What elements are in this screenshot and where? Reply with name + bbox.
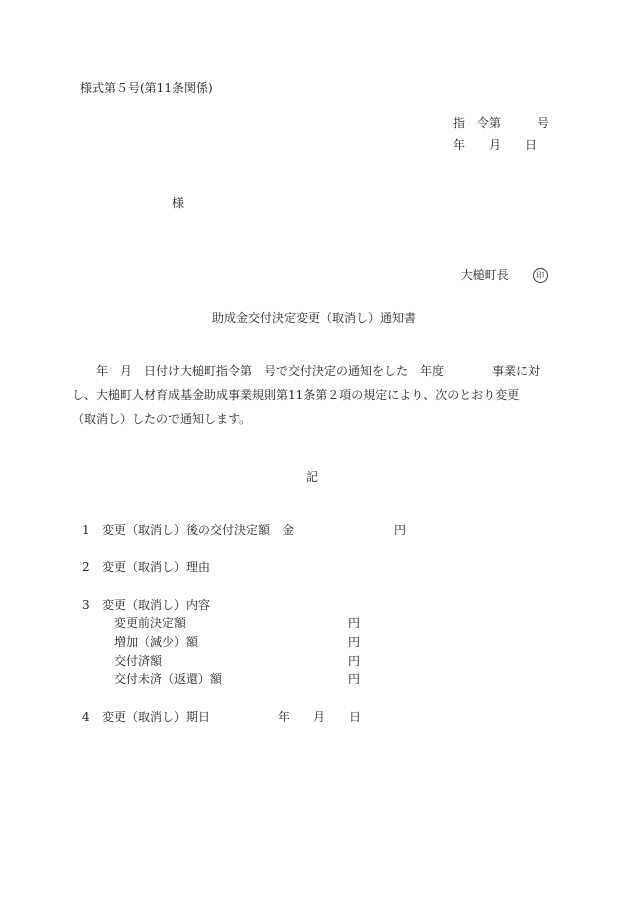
sub-item-label: 変更前決定額 [114,615,186,631]
item-3-label: 変更（取消し）内容 [102,597,210,613]
item-1-number: 1 [82,522,90,538]
sender-title: 大槌町長 [461,268,509,282]
document-title: 助成金交付決定変更（取消し）通知書 [212,310,416,326]
sub-item-unit: 円 [348,671,360,687]
item-4-month: 月 [313,709,325,725]
sender-block: 大槌町長 印 [453,251,548,283]
sub-item-label: 交付未済（返還）額 [114,671,222,687]
item-1-label: 変更（取消し）後の交付決定額 金 [102,522,294,538]
body-paragraph: 年 月 日付け大槌町指令第 号で交付決定の通知をした 年度 事業に対 し、大槌町… [72,359,542,431]
item-2-label: 変更（取消し）理由 [102,559,210,575]
body-line: し、大槌町人材育成基金助成事業規則第11条第２項の規定により、次のとおり変更 [72,383,542,407]
date-line: 年 月 日 [453,137,537,153]
sub-item-unit: 円 [348,615,360,631]
item-3-number: 3 [82,597,90,613]
seal-icon: 印 [533,268,548,283]
directive-number-line: 指 令第 号 [453,115,549,131]
sub-item-label: 増加（減少）額 [114,634,198,650]
item-1-unit: 円 [394,522,406,538]
body-line: 年 月 日付け大槌町指令第 号で交付決定の通知をした 年度 事業に対 [72,359,542,383]
item-4-year: 年 [278,709,290,725]
sub-item-unit: 円 [348,634,360,650]
sub-item-unit: 円 [348,653,360,669]
ki-heading: 記 [306,469,318,485]
form-number: 様式第５号(第11条関係) [80,80,213,96]
sub-item-label: 交付済額 [114,653,162,669]
body-line: （取消し）したので通知します。 [72,407,542,431]
item-4-day: 日 [349,709,361,725]
item-4-number: 4 [82,709,90,725]
item-2-number: 2 [82,559,90,575]
item-4-label: 変更（取消し）期日 [102,709,210,725]
addressee-honorific: 様 [172,195,184,211]
